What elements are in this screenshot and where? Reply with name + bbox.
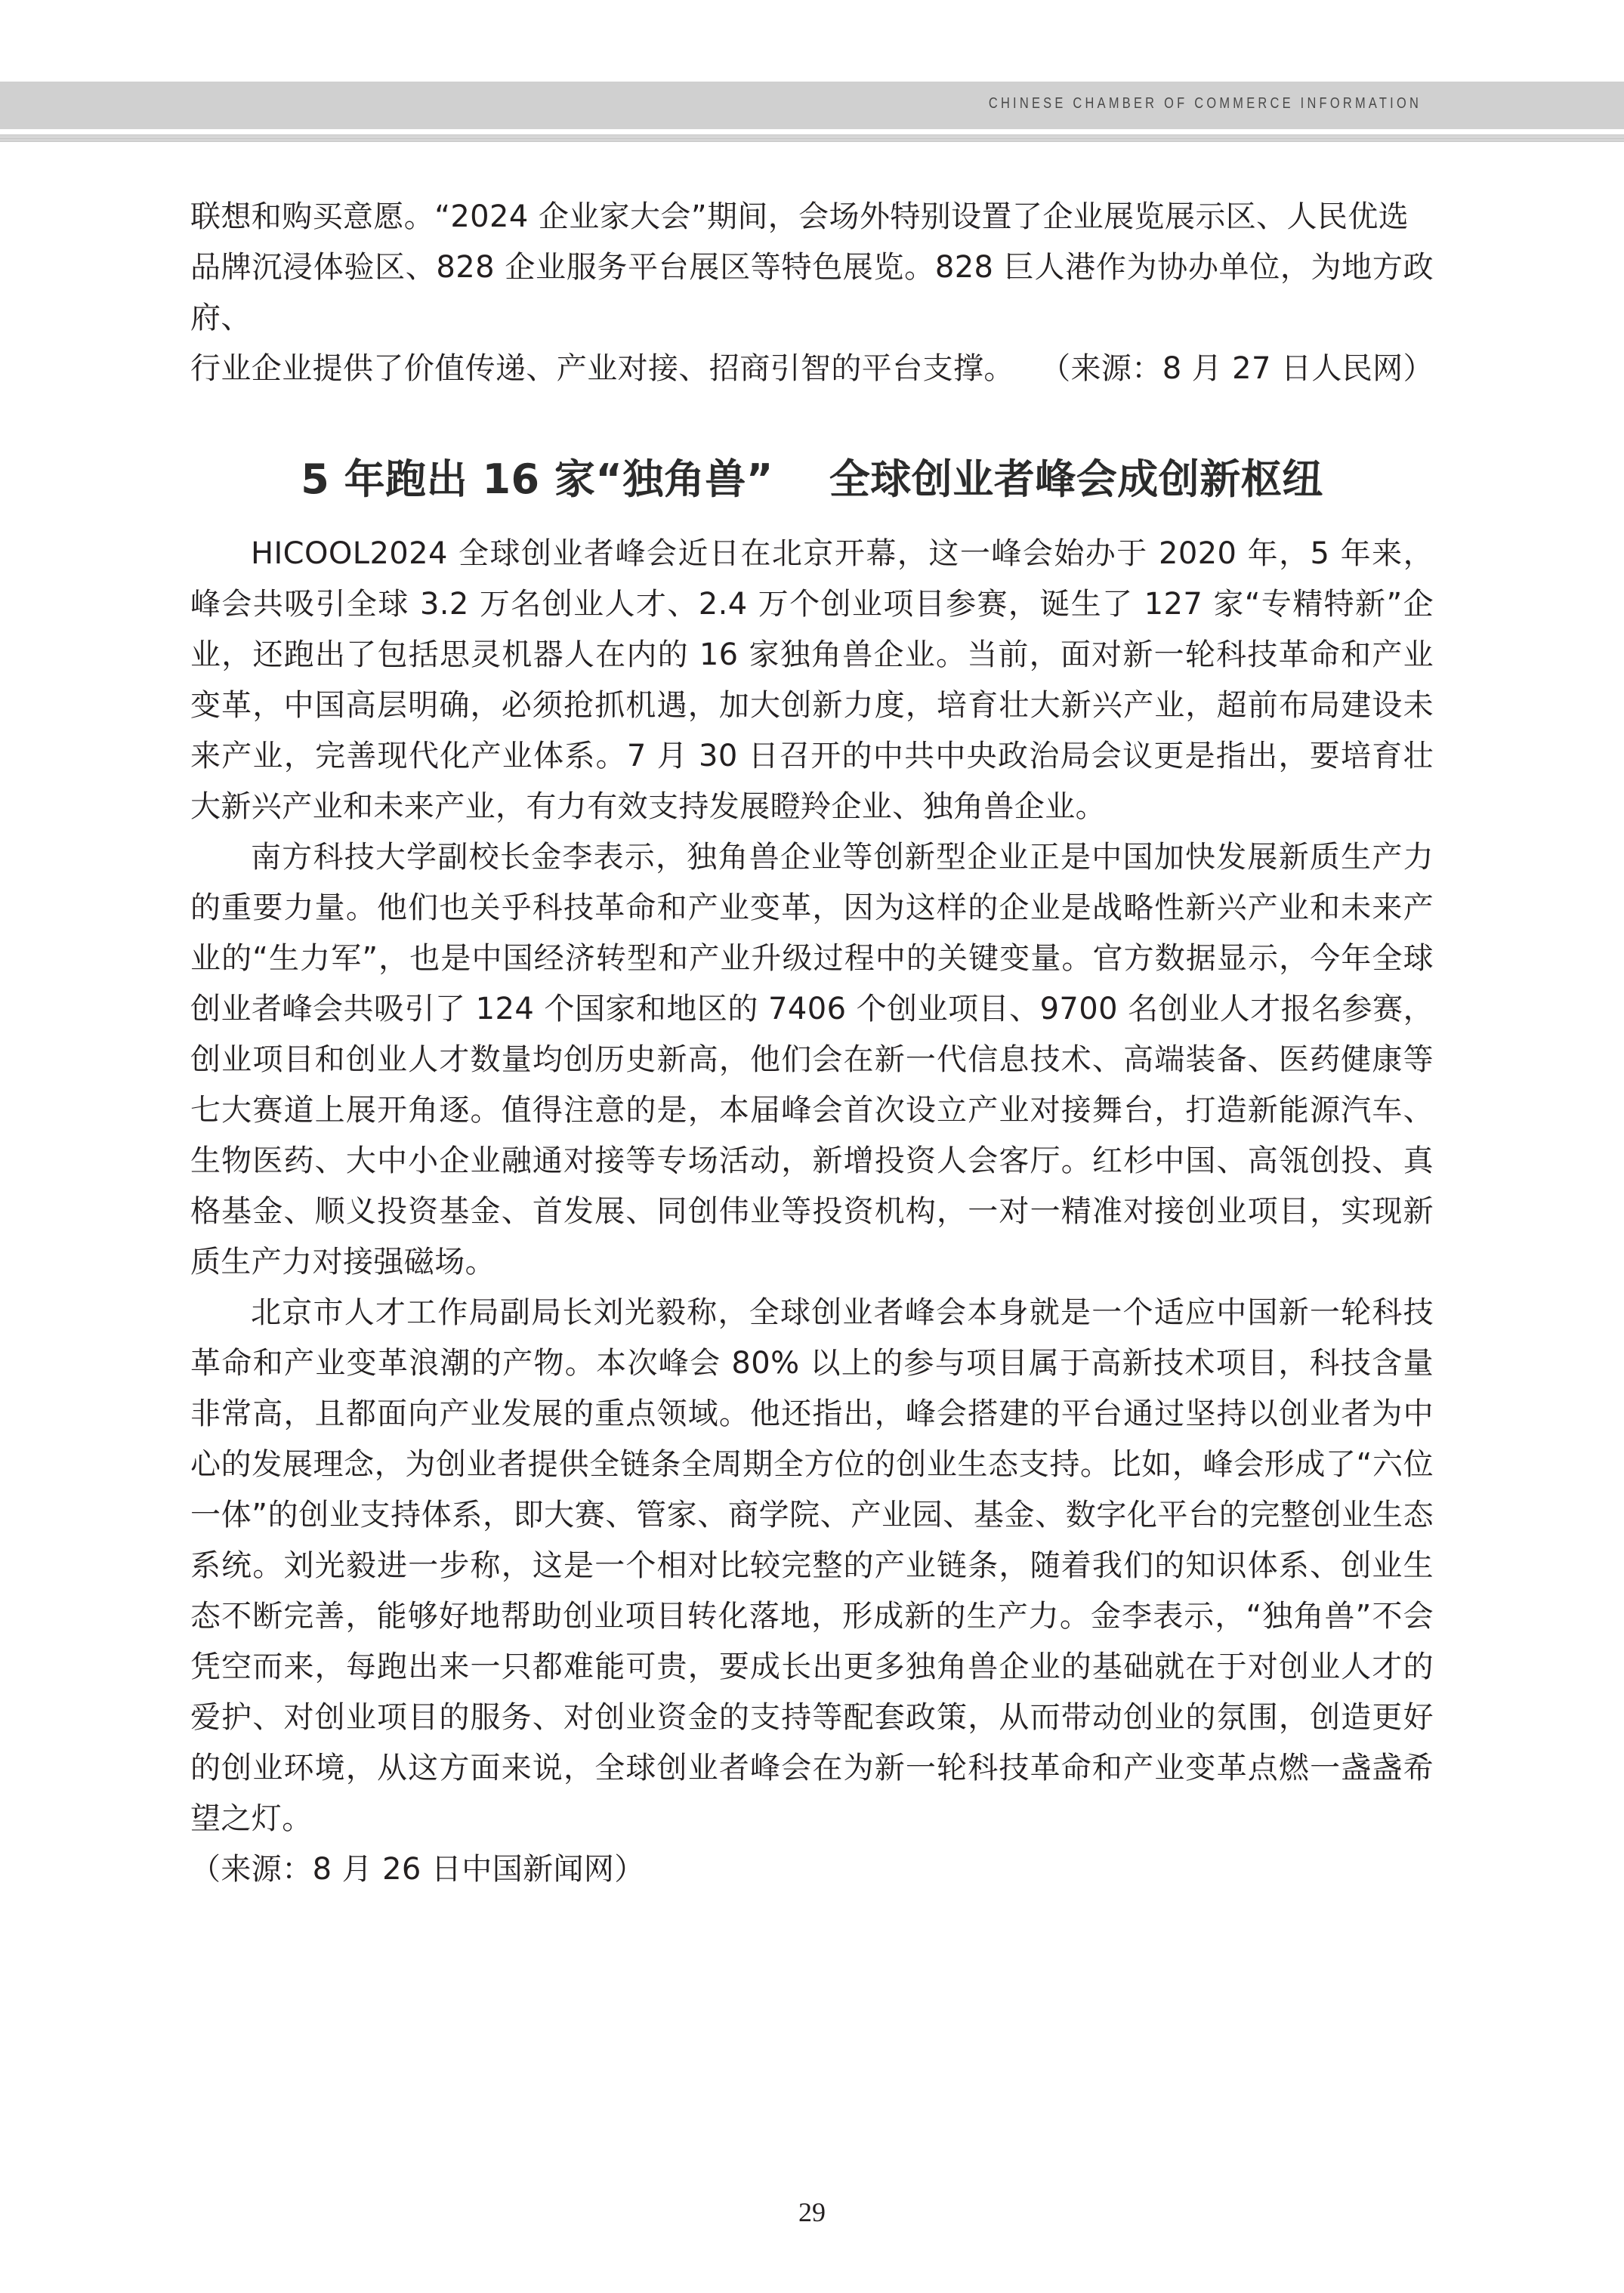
previous-article-tail: 联想和购买意愿。“2024 企业家大会”期间，会场外特别设置了企业展览展示区、人… bbox=[190, 192, 1434, 394]
page-content: 联想和购买意愿。“2024 企业家大会”期间，会场外特别设置了企业展览展示区、人… bbox=[190, 192, 1434, 1895]
previous-article-closing-text: 行业企业提供了价值传递、产业对接、招商引智的平台支撑。 bbox=[190, 344, 1014, 394]
page-number: 29 bbox=[0, 2196, 1624, 2228]
article-source-line: （来源：8 月 26 日中国新闻网） bbox=[190, 1844, 1434, 1895]
previous-article-line-1: 联想和购买意愿。“2024 企业家大会”期间，会场外特别设置了企业展览展示区、人… bbox=[190, 192, 1434, 242]
article-paragraph-2: 南方科技大学副校长金李表示，独角兽企业等创新型企业正是中国加快发展新质生产力的重… bbox=[190, 832, 1434, 1288]
header-divider bbox=[0, 134, 1624, 142]
article-paragraph-3: 北京市人才工作局副局长刘光毅称，全球创业者峰会本身就是一个适应中国新一轮科技革命… bbox=[190, 1288, 1434, 1844]
article-title: 5 年跑出 16 家“独角兽” 全球创业者峰会成创新枢纽 bbox=[190, 453, 1434, 506]
previous-article-line-3: 行业企业提供了价值传递、产业对接、招商引智的平台支撑。 （来源：8 月 27 日… bbox=[190, 344, 1434, 394]
previous-article-line-2: 品牌沉浸体验区、828 企业服务平台展区等特色展览。828 巨人港作为协办单位，… bbox=[190, 242, 1434, 344]
article-body: HICOOL2024 全球创业者峰会近日在北京开幕，这一峰会始办于 2020 年… bbox=[190, 529, 1434, 1895]
previous-article-source: （来源：8 月 27 日人民网） bbox=[1040, 344, 1434, 394]
article-source: （来源：8 月 26 日中国新闻网） bbox=[190, 1852, 645, 1887]
article-paragraph-3-text: 北京市人才工作局副局长刘光毅称，全球创业者峰会本身就是一个适应中国新一轮科技革命… bbox=[190, 1295, 1434, 1836]
running-header-title: CHINESE CHAMBER OF COMMERCE INFORMATION bbox=[989, 95, 1422, 113]
article-paragraph-1: HICOOL2024 全球创业者峰会近日在北京开幕，这一峰会始办于 2020 年… bbox=[190, 529, 1434, 832]
